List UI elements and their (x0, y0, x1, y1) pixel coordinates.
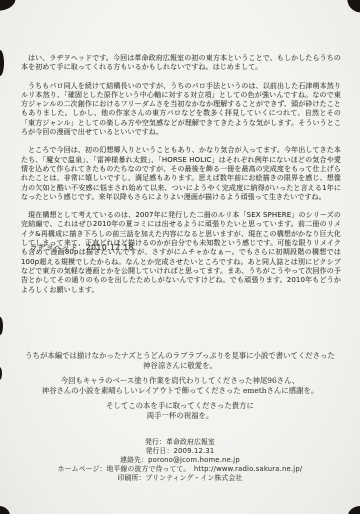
scan-artifact (0, 50, 4, 76)
thanks-group: 今回もキャラのベース塗り作業を肩代わりしてくださった神尾96さん、 神谷さんの小… (0, 376, 360, 395)
thanks-line: そしてこの本を手に取ってくださった貴方に (0, 401, 360, 411)
scan-artifact (346, 0, 360, 13)
colophon-homepage: ホームページ：地平線の彼方で待ってて。 http://www.radio.sak… (0, 465, 360, 474)
signature-line: ラヂヲヘッド 2010.12.18 (30, 242, 134, 253)
thanks-line: うちが本編では描けなかったナズとうどんのラブラブっぷりを見事に小説で書いてくださ… (0, 351, 360, 361)
scan-artifact (348, 506, 360, 514)
thanks-line: 今回もキャラのベース塗り作業を肩代わりしてくださった神尾96さん、 (0, 376, 360, 386)
afterword-paragraph: ところで今回は、初の幻想郷入りということもあり、かなり気合が入ってます。今年出し… (21, 146, 341, 202)
thanks-line: 神谷さんの小説を素晴らしいレイアウトで飾ってくださった emethさんに感謝を。 (0, 386, 360, 396)
colophon-printer: 印刷所：プリンティング・イン株式会社 (0, 474, 360, 483)
thanks-group: うちが本編では描けなかったナズとうどんのラブラブっぷりを見事に小説で書いてくださ… (0, 351, 360, 370)
thanks-line: 両手一杯の祝福を。 (0, 411, 360, 421)
scan-artifact (0, 506, 10, 514)
colophon-contact: 連絡先：porono@jcom.home.ne.jp (0, 456, 360, 465)
colophon-date: 発行日：2009.12.31 (0, 447, 360, 456)
colophon: 発行：革命政府広報室 発行日：2009.12.31 連絡先：porono@jco… (0, 438, 360, 483)
scan-artifact (0, 317, 3, 335)
acknowledgements: うちが本編では描けなかったナズとうどんのラブラブっぷりを見事に小説で書いてくださ… (0, 351, 360, 427)
afterword-paragraph: はい、ラヂヲヘッドです。今回は革命政府広報室の初の東方本ということで、もしかした… (21, 54, 341, 73)
colophon-publisher: 発行：革命政府広報室 (0, 438, 360, 447)
scanned-afterword-page: はい、ラヂヲヘッドです。今回は革命政府広報室の初の東方本ということで、もしかした… (0, 0, 360, 514)
scan-artifact (0, 0, 17, 11)
thanks-group: そしてこの本を手に取ってくださった貴方に 両手一杯の祝福を。 (0, 401, 360, 420)
afterword-paragraph: うちもパロ同人を続けて結構長いのですが、うちのパロ手法というのは、以前出した石津… (21, 82, 341, 138)
afterword-text: はい、ラヂヲヘッドです。今回は革命政府広報室の初の東方本ということで、もしかした… (21, 54, 341, 304)
thanks-line: 神谷涼さんに敬愛を。 (0, 361, 360, 371)
